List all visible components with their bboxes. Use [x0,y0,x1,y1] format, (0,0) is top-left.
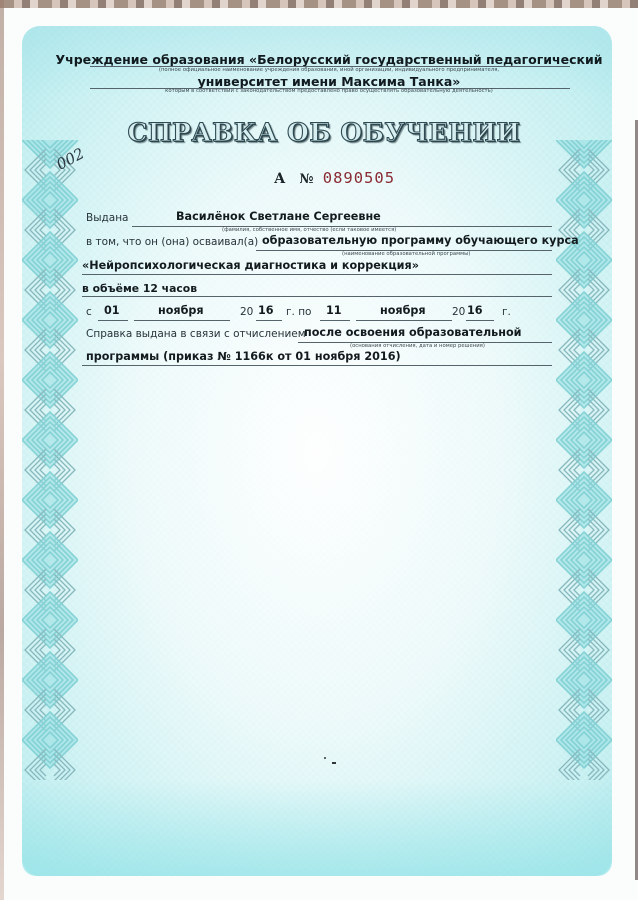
from-day-underline [98,320,128,321]
institution-name-line1: Учреждение образования «Белорусский госу… [0,52,638,67]
period-from-label: с [86,306,92,318]
program-label: в том, что он (она) осваивал(а) [86,236,258,248]
from-month-underline [134,320,230,321]
period-to-day: 11 [326,304,342,317]
certificate-content: Учреждение образования «Белорусский госу… [0,0,638,900]
reason-value-line1: после освоения образовательной [304,326,522,339]
period-mid-label: г. по [286,306,311,318]
to-year-underline [466,320,494,321]
volume-underline [82,296,552,297]
from-year-prefix: 20 [240,306,253,318]
issued-to-label: Выдана [86,212,129,224]
program-caption: (наименование образовательной программы) [342,251,470,257]
serial-number: 0890505 [323,169,395,187]
to-day-underline [320,320,350,321]
period-from-year: 16 [258,304,274,317]
to-year-prefix: 20 [452,306,465,318]
period-to-month: ноября [380,304,426,317]
institution-name-line2: университет имени Максима Танка» [0,74,638,89]
program-value-line1: образовательную программу обучающего кур… [262,234,579,247]
period-end-label: г. [502,306,511,318]
reason-underline-2 [82,365,552,366]
program-value-line2: «Нейропсихологическая диагностика и корр… [82,259,419,272]
reason-caption: (основания отчисления, дата и номер реше… [350,343,485,349]
issued-to-value: Василёнок Светлане Сергеевне [176,210,381,223]
handwritten-mark: 002 [53,144,87,173]
ink-speck [332,762,336,764]
serial-number-sign: № [300,172,314,187]
institution-caption-1: (полное официальное наименование учрежде… [0,67,638,73]
reason-value-line2: программы (приказ № 1166к от 01 ноября 2… [86,350,401,363]
volume-value: в объёме 12 часов [82,282,197,295]
ink-speck [324,757,326,759]
period-to-year: 16 [467,304,483,317]
serial-series: А [274,171,285,187]
from-year-underline [256,320,282,321]
reason-label: Справка выдана в связи с отчислением [86,328,306,340]
period-from-month: ноября [158,304,204,317]
issued-to-caption: (фамилия, собственное имя, отчество (есл… [222,227,396,233]
serial-number-block: А № 0890505 [274,168,395,187]
program-underline-2 [82,274,552,275]
institution-caption-2: которым в соответствии с законодательств… [0,88,638,94]
to-month-underline [356,320,452,321]
document-title: СПРАВКА ОБ ОБУЧЕНИИ [0,118,638,147]
period-from-day: 01 [104,304,120,317]
